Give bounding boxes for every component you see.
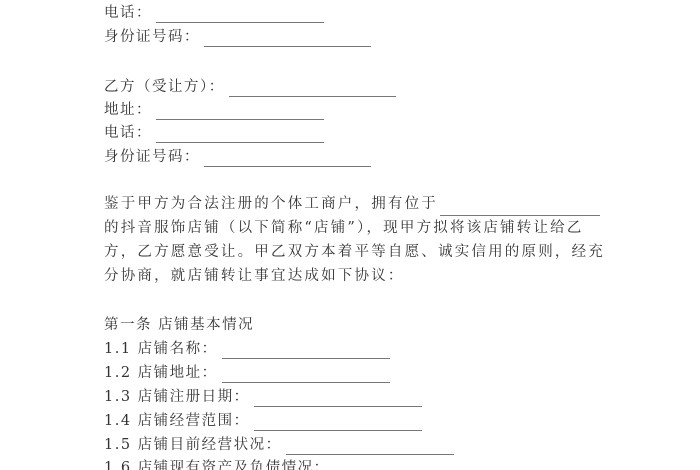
party-b-address-field[interactable]	[156, 104, 324, 120]
party-a-id-label: 身份证号码：	[104, 29, 200, 45]
preamble-line-3: 方，乙方愿意受让。甲乙双方本着平等自愿、诚实信用的原则，经充	[104, 240, 614, 264]
party-a-id-field[interactable]	[204, 31, 371, 47]
article-1-item: 1.5 店铺目前经营状况：	[104, 435, 454, 455]
shop-business-scope-field[interactable]	[254, 415, 422, 431]
shop-address-field[interactable]	[222, 367, 390, 383]
article-1-item: 1.4 店铺经营范围：	[104, 411, 422, 431]
article-1-item: 1.3 店铺注册日期：	[104, 387, 422, 407]
article-1-item: 1.1 店铺名称：	[104, 339, 390, 359]
shop-operating-status-field[interactable]	[286, 439, 454, 455]
item-label: 1.4 店铺经营范围：	[104, 413, 250, 429]
party-b-address-label: 地址：	[104, 102, 152, 118]
party-b-phone-label: 电话：	[104, 125, 152, 141]
item-label: 1.3 店铺注册日期：	[104, 389, 250, 405]
party-b-phone-field[interactable]	[156, 127, 324, 143]
party-a-phone-field[interactable]	[156, 7, 324, 23]
article-1-item: 1.2 店铺地址：	[104, 363, 390, 383]
shop-registration-date-field[interactable]	[254, 391, 422, 407]
preamble-line-1: 鉴于甲方为合法注册的个体工商户，拥有位于	[104, 192, 614, 216]
preamble-paragraph: 鉴于甲方为合法注册的个体工商户，拥有位于 的抖音服饰店铺（以下简称“店铺”），现…	[104, 192, 614, 288]
preamble-text-1: 鉴于甲方为合法注册的个体工商户，拥有位于	[104, 196, 438, 212]
party-b-title-label: 乙方（受让方）：	[104, 79, 225, 95]
party-a-phone-label: 电话：	[104, 5, 152, 21]
preamble-line-2: 的抖音服饰店铺（以下简称“店铺”），现甲方拟将该店铺转让给乙	[104, 216, 614, 240]
item-label: 1.5 店铺目前经营状况：	[104, 437, 282, 453]
article-1-heading: 第一条 店铺基本情况	[104, 315, 254, 335]
party-b-address-line: 地址：	[104, 100, 324, 120]
item-label: 1.6 店铺现有资产及负债情况：	[104, 460, 330, 470]
party-b-id-label: 身份证号码：	[104, 149, 200, 165]
article-1-item: 1.6 店铺现有资产及负债情况：	[104, 458, 330, 470]
party-a-id-line: 身份证号码：	[104, 27, 371, 47]
party-b-id-field[interactable]	[204, 151, 371, 167]
party-a-phone-line: 电话：	[104, 3, 324, 23]
party-b-name-field[interactable]	[229, 81, 396, 97]
shop-location-field[interactable]	[440, 200, 600, 216]
party-b-title-line: 乙方（受让方）：	[104, 77, 396, 97]
party-b-id-line: 身份证号码：	[104, 147, 371, 167]
item-label: 1.1 店铺名称：	[104, 341, 218, 357]
item-label: 1.2 店铺地址：	[104, 365, 218, 381]
party-b-phone-line: 电话：	[104, 123, 324, 143]
shop-name-field[interactable]	[222, 343, 390, 359]
preamble-line-4: 分协商，就店铺转让事宜达成如下协议：	[104, 264, 614, 288]
